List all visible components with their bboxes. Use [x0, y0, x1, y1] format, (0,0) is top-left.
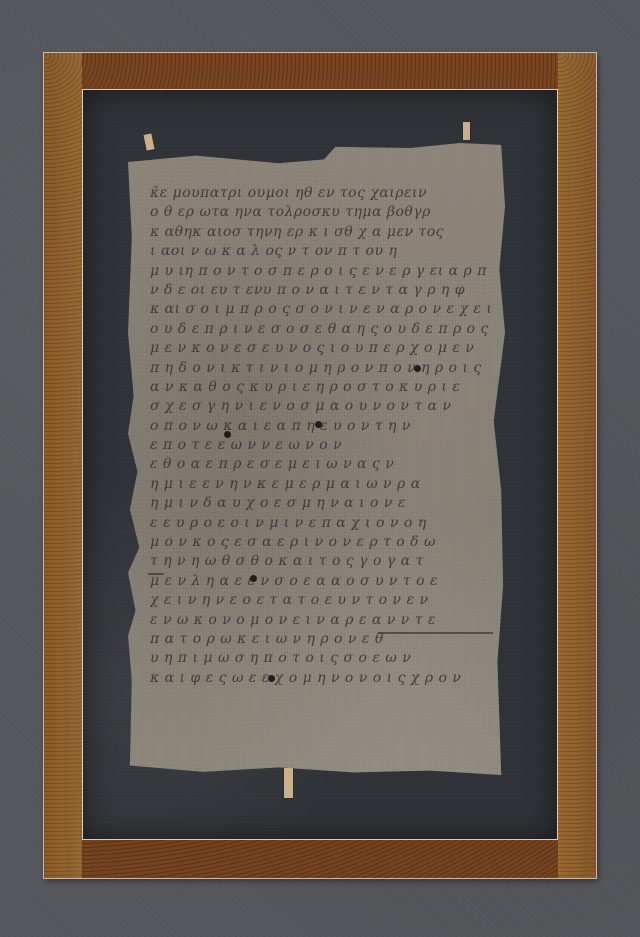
frame-left-side — [44, 53, 82, 878]
mount-strip-top-right — [463, 122, 470, 140]
script-line: τ η ν η ω θ σ θ ο κ α ι τ ο ς γ ο γ α τ — [150, 553, 491, 572]
script-line: ο υ δ ε π ρ ι ν ε σ ο σ ε θ α η ς ο υ δ … — [150, 321, 491, 340]
script-line: α ν κ α θ ο ς κ υ ρ ι ε η ρ ο σ τ ο κ υ … — [150, 379, 491, 398]
script-line: κ αθηκ αιοσ τηνη ερ κ ι σθ χ α μεν τος — [150, 224, 491, 243]
script-line: κ α ι φ ε ς ω ε ε χ ο μ η ν ο ν ο ι ς χ … — [150, 670, 491, 689]
worm-hole — [268, 675, 275, 682]
worm-hole — [315, 421, 322, 428]
script-line: η μ ι ν δ α υ χ ο ε σ μ η ν α ι ο ν ε — [150, 495, 491, 514]
script-line: μ υ ιη π ο ν τ ο σ π ε ρ ο ι ς ε ν ε ρ γ… — [150, 263, 491, 282]
script-line: μ ε ν λ η α ε ε ν σ ο ε α α ο σ υ ν τ ο … — [150, 573, 491, 592]
worm-hole — [224, 431, 231, 438]
script-line: π η δ ο ν ι κ τ ι ν ι ο μ η ρ ο ν π ο ν … — [150, 360, 491, 379]
papyrus-sheet: κ̄ε μουπατρι ουμοι ηθ εν τος χαιρειν ο θ… — [128, 143, 505, 775]
script-line: κ̄ε μουπατρι ουμοι ηθ εν τος χαιρειν — [150, 185, 491, 204]
papyrus-crack — [378, 632, 493, 634]
script-line: υ η π ι μ ω σ η π ο τ ο ι ς σ ο ε ω ν — [150, 650, 491, 669]
script-line: κ αι σ ο ι μ π ρ ο ς σ ο ν ι ν ε ν α ρ ο… — [150, 301, 491, 320]
script-line: ε ε υ ρ ο ε ο ι ν μ ι ν ε π α χ ι ο ν ο … — [150, 515, 491, 534]
script-line: ε ν ω κ ο ν ο μ ο ν ε ι ν α ρ ε α ν ν τ … — [150, 612, 491, 631]
script-line: ο θ ερ ωτα ηνα τολροσκυ τημα βοθγρ — [150, 204, 491, 223]
script-line: μ ε ν κ ο ν ε σ ε υ ν ο ς ι ο υ π ε ρ χ … — [150, 340, 491, 359]
frame-right-side — [558, 53, 596, 878]
script-line: σ χ ε σ γ η ν ι ε ν ο σ μ α ο υ ν ο ν τ … — [150, 398, 491, 417]
mount-strip-bottom — [284, 768, 293, 798]
script-line: ν δ ε οι ευ τ ενυ π ο ν α ι τ ε ν τ α γ … — [150, 282, 491, 301]
papyrus-crack — [148, 573, 164, 575]
script-line: ε θ ο α ε π ρ ε σ ε μ ε ι ω ν α ς ν — [150, 456, 491, 475]
script-line: μ ο ν κ ο ς ε σ α ε ρ ι ν ο ν ε ρ τ ο δ … — [150, 534, 491, 553]
script-line: χ ε ι ν η ν ε ο ε τ α τ ο ε υ ν τ ο ν ε … — [150, 592, 491, 611]
worm-hole — [250, 575, 257, 582]
worm-hole — [414, 365, 421, 372]
script-line: ο π ο ν ω κ α ι ε α π η ε υ ο ν τ η ν — [150, 418, 491, 437]
script-line: ε π ο τ ε ε ω ν ν ε ω ν ο ν — [150, 437, 491, 456]
handwritten-text-block: κ̄ε μουπατρι ουμοι ηθ εν τος χαιρειν ο θ… — [150, 185, 491, 689]
script-line: ι αοι ν ω κ α λ ος ν τ ον π τ ου η — [150, 243, 491, 262]
script-line: η μ ι ε ε ν η ν κ ε μ ε ρ μ α ι ω ν ρ α — [150, 476, 491, 495]
